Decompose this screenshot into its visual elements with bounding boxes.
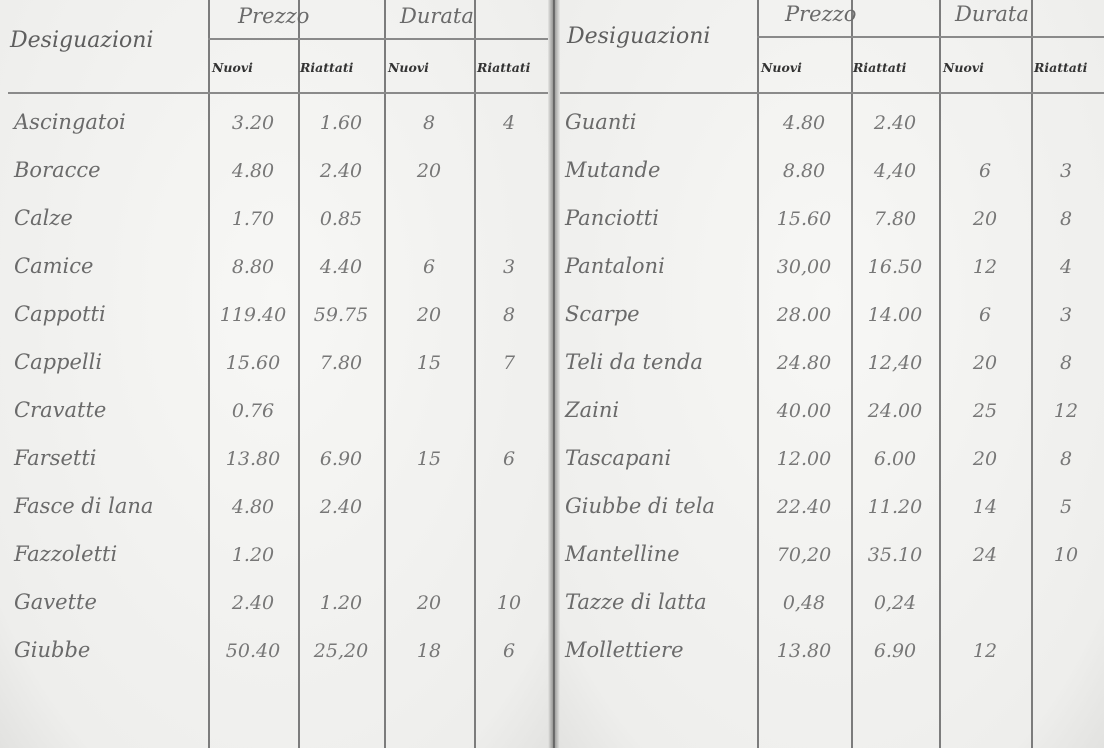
duration-new-cell: 14 [939,496,1031,518]
duration-refurbished-cell: 3 [1031,160,1101,182]
duration-refurbished-cell: 8 [1031,448,1101,470]
item-name: Camice [14,254,93,278]
price-new-cell: 15.60 [208,352,298,374]
item-name: Mantelline [565,542,680,566]
duration-header: Durata [955,2,1029,26]
duration-refurbished-cell: 8 [474,304,544,326]
price-refurbished-header: Riattati [300,60,353,75]
price-new-cell: 30,00 [757,256,851,278]
duration-new-cell: 6 [939,304,1031,326]
header-divider [208,38,555,40]
price-refurbished-cell: 14.00 [851,304,939,326]
price-refurbished-cell: 4.40 [298,256,384,278]
item-name: Mollettiere [565,638,684,662]
item-name: Boracce [14,158,101,182]
price-new-cell: 3.20 [208,112,298,134]
duration-new-cell: 20 [939,352,1031,374]
item-name: Pantaloni [565,254,665,278]
duration-new-cell: 20 [939,208,1031,230]
price-refurbished-cell: 6.90 [298,448,384,470]
price-refurbished-cell: 0.85 [298,208,384,230]
price-header: Prezzo [238,4,309,28]
duration-new-cell: 12 [939,640,1031,662]
price-refurbished-cell: 59.75 [298,304,384,326]
duration-refurbished-cell: 7 [474,352,544,374]
duration-new-cell: 18 [384,640,474,662]
price-refurbished-cell: 7.80 [298,352,384,374]
price-new-cell: 0.76 [208,400,298,422]
price-refurbished-header: Riattati [853,60,906,75]
duration-new-header: Nuovi [943,60,984,75]
price-refurbished-cell: 24.00 [851,400,939,422]
item-name: Cappelli [14,350,102,374]
designation-header: Desiguazioni [10,28,153,53]
duration-new-cell: 8 [384,112,474,134]
price-new-cell: 15.60 [757,208,851,230]
price-refurbished-cell: 11.20 [851,496,939,518]
item-name: Panciotti [565,206,659,230]
price-refurbished-cell: 35.10 [851,544,939,566]
price-refurbished-cell: 0,24 [851,592,939,614]
duration-new-cell: 6 [384,256,474,278]
price-new-cell: 28.00 [757,304,851,326]
duration-new-cell: 20 [384,160,474,182]
book-spine-fold [548,0,560,748]
item-name: Ascingatoi [14,110,126,134]
duration-refurbished-cell: 3 [474,256,544,278]
item-name: Fazzoletti [14,542,117,566]
duration-refurbished-cell: 4 [474,112,544,134]
price-new-cell: 8.80 [757,160,851,182]
duration-new-cell: 20 [384,592,474,614]
header-bottom-rule [8,92,555,94]
duration-new-cell: 15 [384,448,474,470]
price-refurbished-cell: 2.40 [298,496,384,518]
price-refurbished-cell: 7.80 [851,208,939,230]
duration-new-cell: 24 [939,544,1031,566]
duration-new-cell: 20 [939,448,1031,470]
price-new-cell: 70,20 [757,544,851,566]
duration-new-cell: 20 [384,304,474,326]
duration-refurbished-header: Riattati [477,60,530,75]
item-name: Calze [14,206,73,230]
duration-refurbished-header: Riattati [1034,60,1087,75]
price-new-cell: 1.20 [208,544,298,566]
item-name: Teli da tenda [565,350,703,374]
item-name: Fasce di lana [14,494,153,518]
price-refurbished-cell: 16.50 [851,256,939,278]
duration-refurbished-cell: 12 [1031,400,1101,422]
item-name: Cappotti [14,302,106,326]
duration-refurbished-cell: 8 [1031,352,1101,374]
item-name: Mutande [565,158,660,182]
item-name: Giubbe [14,638,90,662]
duration-refurbished-cell: 4 [1031,256,1101,278]
price-new-cell: 8.80 [208,256,298,278]
price-new-cell: 12.00 [757,448,851,470]
item-name: Giubbe di tela [565,494,715,518]
price-refurbished-cell: 4,40 [851,160,939,182]
price-refurbished-cell: 25,20 [298,640,384,662]
price-new-header: Nuovi [212,60,253,75]
duration-refurbished-cell: 10 [474,592,544,614]
price-new-cell: 0,48 [757,592,851,614]
price-refurbished-cell: 6.90 [851,640,939,662]
item-name: Gavette [14,590,97,614]
left-page: Desiguazioni Prezzo Durata Nuovi Riattat… [0,0,555,748]
duration-new-cell: 6 [939,160,1031,182]
duration-refurbished-cell: 8 [1031,208,1101,230]
header-bottom-rule [555,92,1104,94]
price-new-cell: 2.40 [208,592,298,614]
price-refurbished-cell: 12,40 [851,352,939,374]
right-page: Desiguazioni Prezzo Durata Nuovi Riattat… [555,0,1104,748]
item-name: Farsetti [14,446,97,470]
duration-new-cell: 15 [384,352,474,374]
duration-refurbished-cell: 6 [474,640,544,662]
item-name: Tascapani [565,446,671,470]
price-new-cell: 13.80 [757,640,851,662]
price-refurbished-cell: 1.60 [298,112,384,134]
price-refurbished-cell: 2.40 [851,112,939,134]
price-new-cell: 119.40 [208,304,298,326]
price-new-cell: 13.80 [208,448,298,470]
price-new-cell: 24.80 [757,352,851,374]
item-name: Guanti [565,110,637,134]
header-divider [757,36,1104,38]
price-new-cell: 4.80 [208,496,298,518]
price-refurbished-cell: 2.40 [298,160,384,182]
duration-new-cell: 12 [939,256,1031,278]
duration-refurbished-cell: 10 [1031,544,1101,566]
duration-refurbished-cell: 3 [1031,304,1101,326]
price-new-cell: 40.00 [757,400,851,422]
duration-new-cell: 25 [939,400,1031,422]
price-refurbished-cell: 1.20 [298,592,384,614]
price-new-cell: 4.80 [757,112,851,134]
price-new-header: Nuovi [761,60,802,75]
designation-header: Desiguazioni [567,24,710,49]
item-name: Cravatte [14,398,106,422]
item-name: Tazze di latta [565,590,707,614]
duration-refurbished-cell: 5 [1031,496,1101,518]
item-name: Zaini [565,398,619,422]
price-new-cell: 4.80 [208,160,298,182]
price-refurbished-cell: 6.00 [851,448,939,470]
duration-header: Durata [400,4,474,28]
price-header: Prezzo [785,2,856,26]
price-new-cell: 50.40 [208,640,298,662]
item-name: Scarpe [565,302,640,326]
column-divider [1031,0,1033,748]
duration-refurbished-cell: 6 [474,448,544,470]
price-new-cell: 1.70 [208,208,298,230]
duration-new-header: Nuovi [388,60,429,75]
price-new-cell: 22.40 [757,496,851,518]
column-divider [939,0,941,748]
